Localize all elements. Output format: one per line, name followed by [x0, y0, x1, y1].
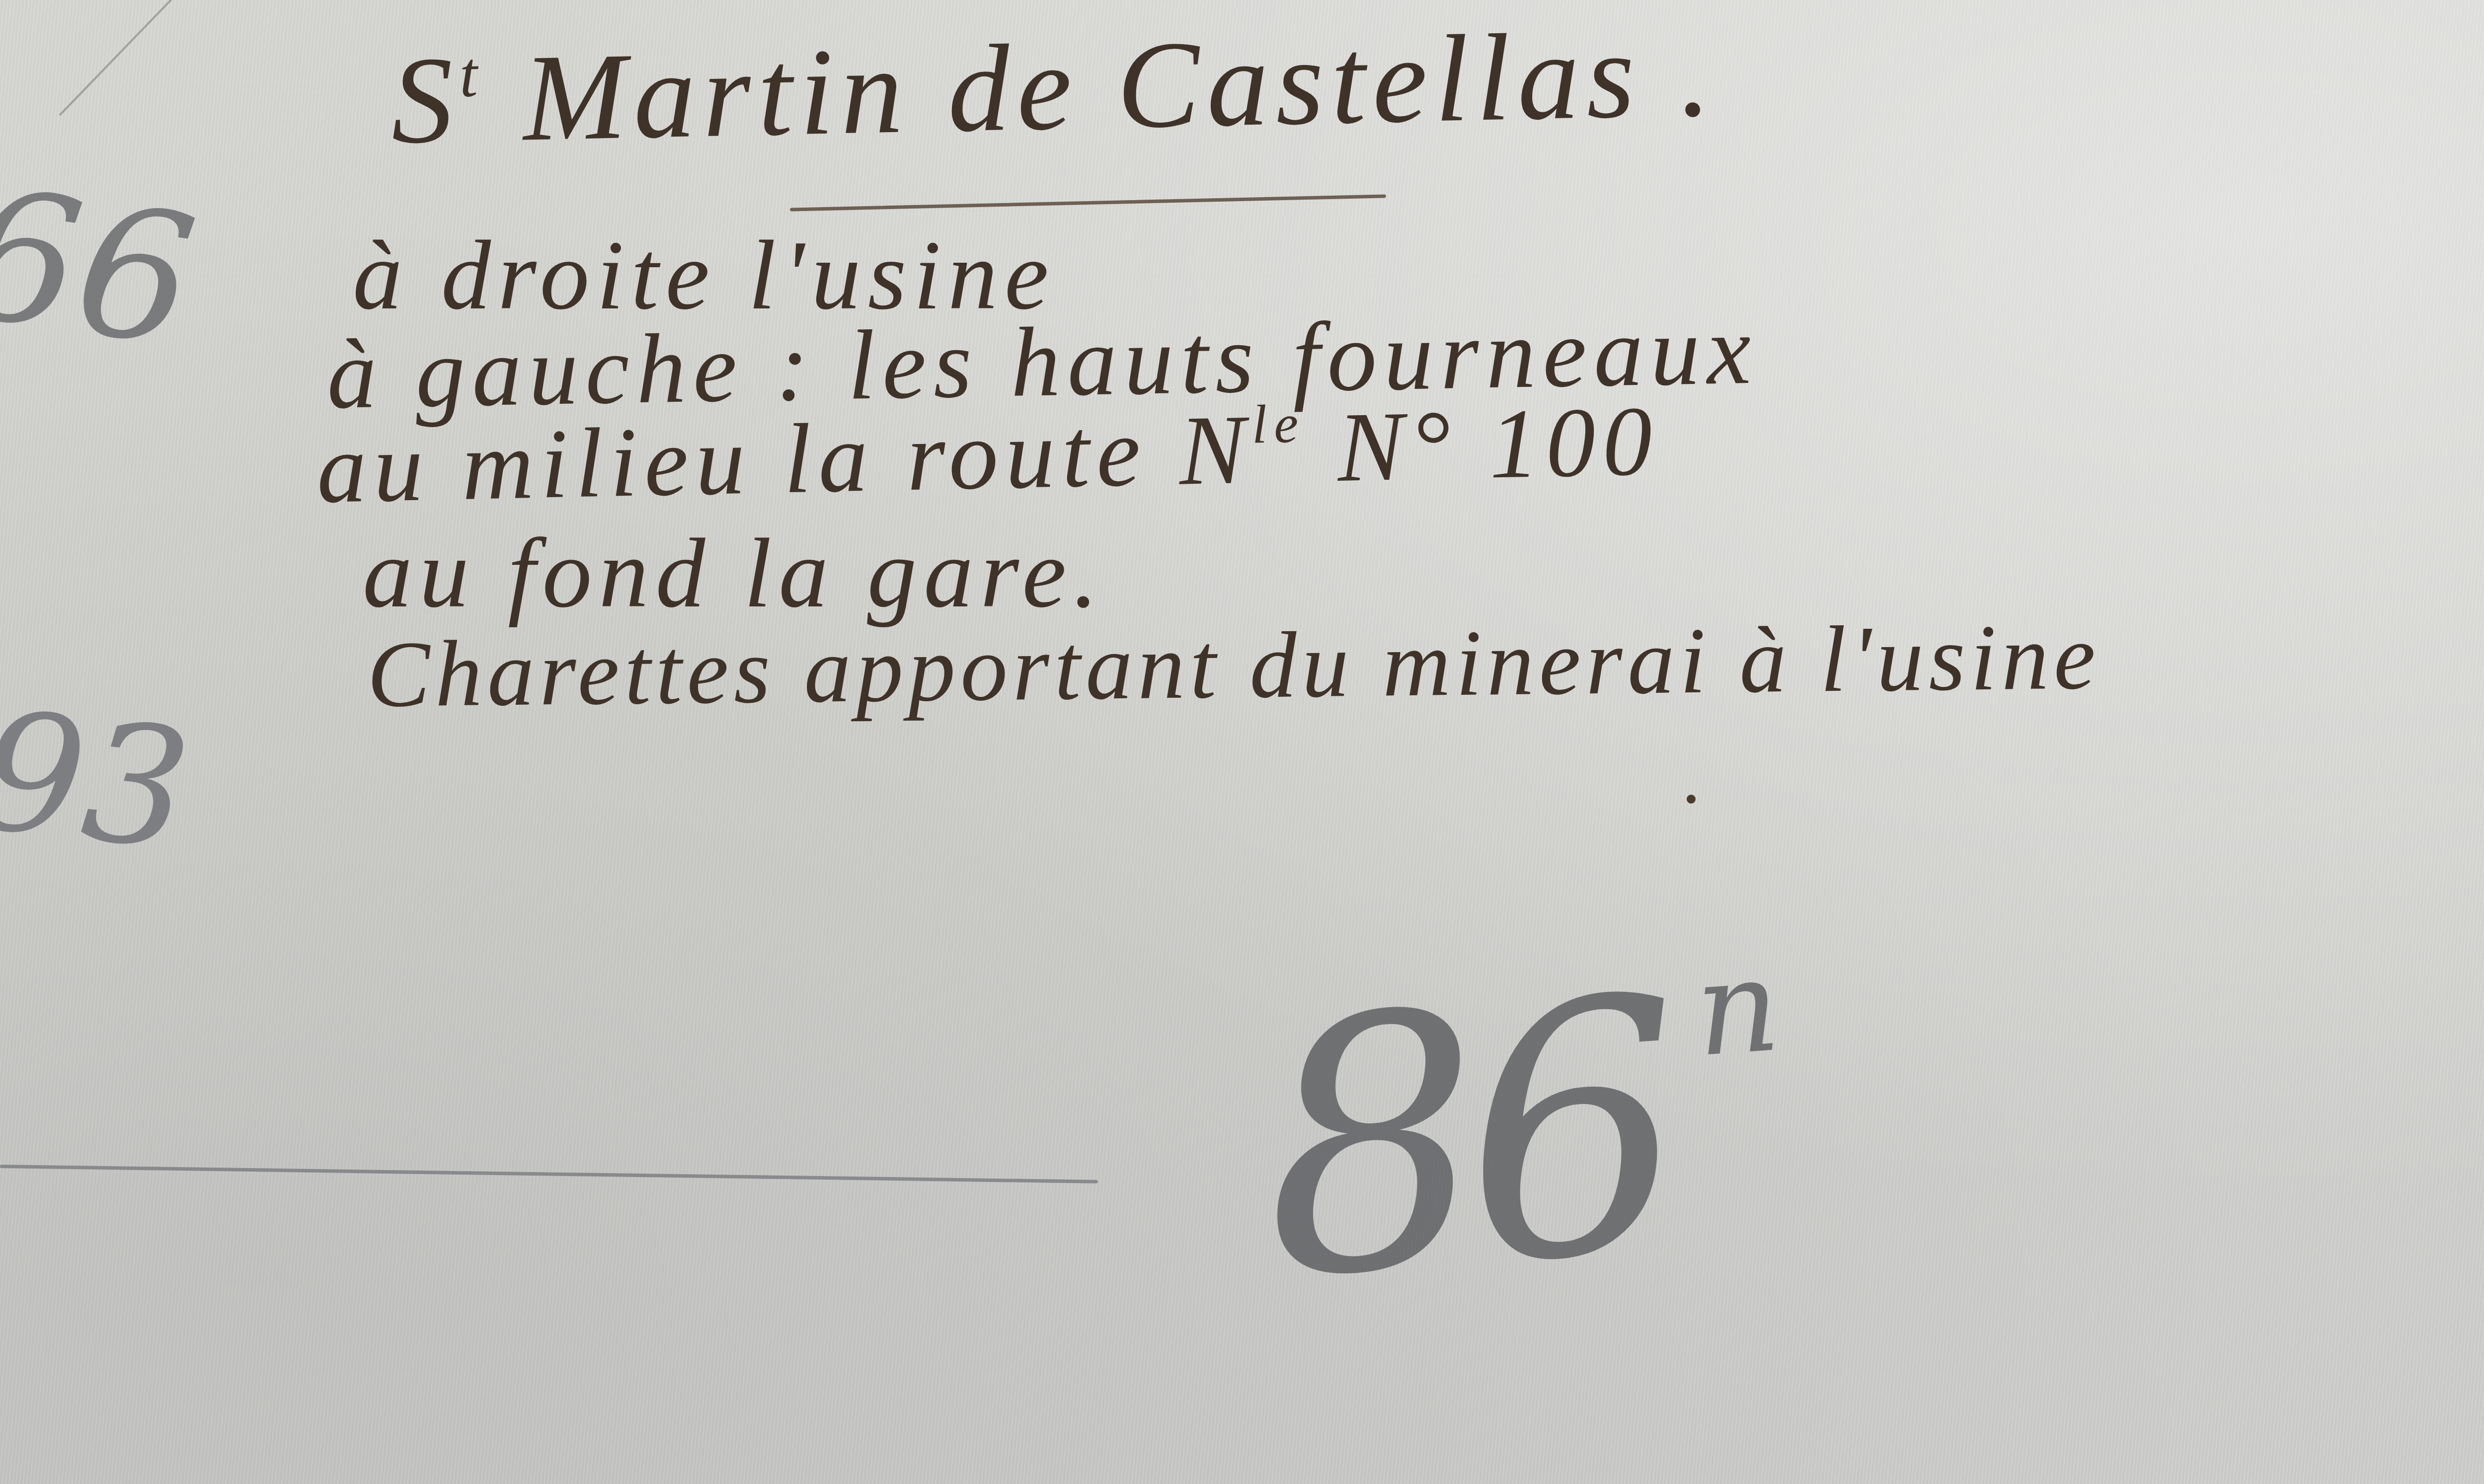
ink-dot	[1687, 795, 1696, 804]
line-3-superscript: le	[1251, 393, 1306, 454]
document-page: St Martin de Castellas . à droite l'usin…	[0, 0, 2484, 1484]
line-3-before: au milieu la route N	[315, 395, 1253, 524]
title-prefix-superscript: t	[459, 39, 485, 111]
caption-line-4: au fond la gare.	[363, 517, 1105, 630]
bottom-number: 86	[1248, 924, 1679, 1356]
bottom-number-superscript: n	[1691, 930, 1784, 1086]
line-3-after: N° 100	[1305, 386, 1660, 503]
pencil-number-top-left: 66	[0, 149, 206, 387]
title-underline	[790, 194, 1386, 211]
caption-line-5: Charettes apportant du minerai à l'usine	[367, 602, 2101, 729]
pencil-rule-bottom	[0, 1165, 1098, 1184]
pencil-number-left-margin: 93	[0, 675, 198, 887]
pencil-number-bottom: 86n	[1248, 916, 1801, 1356]
pencil-stroke-top-left	[59, 0, 185, 116]
document-title: St Martin de Castellas .	[389, 2, 1719, 173]
title-text: Martin de Castellas .	[483, 4, 1719, 168]
title-prefix: S	[389, 31, 462, 170]
